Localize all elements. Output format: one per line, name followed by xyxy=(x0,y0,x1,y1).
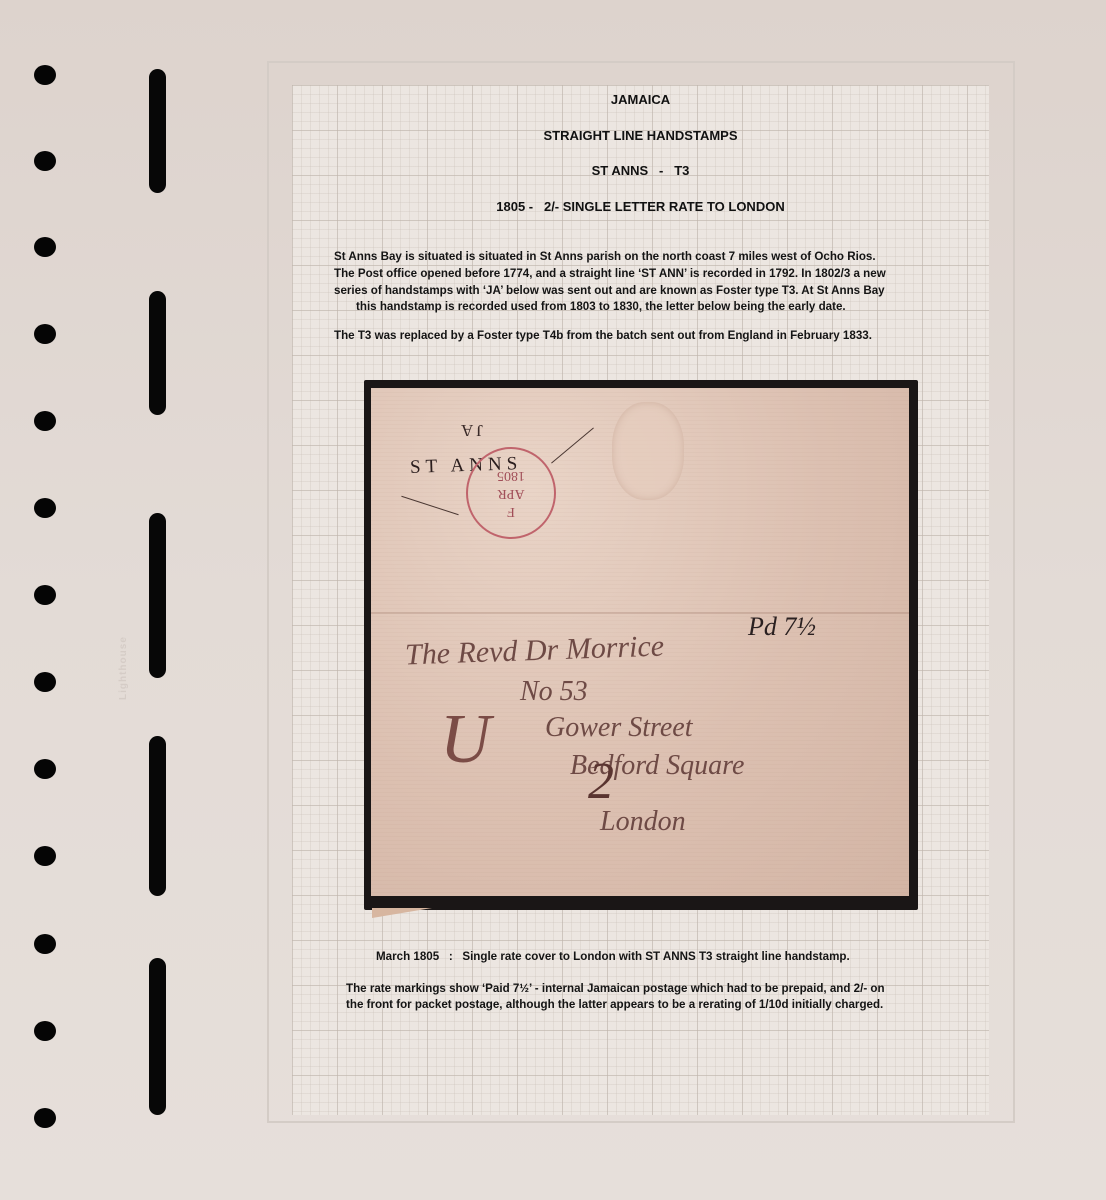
rate-heading: 1805 - 2/- SINGLE LETTER RATE TO LONDON xyxy=(292,199,989,214)
punch-hole xyxy=(34,151,56,171)
bishop-postmark: F APR 1805 xyxy=(466,447,556,539)
punch-hole xyxy=(34,672,56,692)
intro-line: The Post office opened before 1774, and … xyxy=(334,266,974,283)
postmark-month: APR xyxy=(497,484,524,502)
intro-paragraph: St Anns Bay is situated is situated in S… xyxy=(334,249,974,316)
binder-slot xyxy=(149,291,166,415)
address-line: Gower Street xyxy=(545,712,693,744)
punch-hole xyxy=(34,1021,56,1041)
country-heading: JAMAICA xyxy=(292,92,989,107)
postmark-letter: F xyxy=(507,502,515,520)
punch-hole xyxy=(34,324,56,344)
replacement-note: The T3 was replaced by a Foster type T4b… xyxy=(334,328,974,345)
address-line: No 53 xyxy=(520,676,588,708)
binder-slot xyxy=(149,958,166,1115)
punch-hole xyxy=(34,498,56,518)
rate-marking: 2 xyxy=(588,752,614,811)
brand-watermark: Lighthouse xyxy=(118,500,129,700)
punch-hole xyxy=(34,411,56,431)
cover-caption-title: March 1805 : Single rate cover to London… xyxy=(376,949,996,965)
manuscript-squiggle: U xyxy=(440,700,491,780)
punch-hole xyxy=(34,934,56,954)
intro-line: this handstamp is recorded used from 180… xyxy=(334,299,974,316)
punch-hole xyxy=(34,846,56,866)
binder-slot xyxy=(149,736,166,896)
punch-hole xyxy=(34,759,56,779)
intro-line: series of handstamps with ‘JA’ below was… xyxy=(334,283,974,300)
paid-marking: Pd 7½ xyxy=(748,612,816,642)
binder-slot xyxy=(149,513,166,678)
postmark-year: 1805 xyxy=(497,466,525,484)
subject-heading: ST ANNS - T3 xyxy=(292,163,989,178)
punch-hole xyxy=(34,1108,56,1128)
cover-fold-line xyxy=(371,612,909,614)
caption-line: the front for packet postage, although t… xyxy=(346,997,966,1013)
punch-hole xyxy=(34,585,56,605)
cover-caption-body: The rate markings show ‘Paid 7½’ - inter… xyxy=(346,981,966,1013)
punch-hole xyxy=(34,65,56,85)
intro-line: St Anns Bay is situated is situated in S… xyxy=(334,249,974,266)
caption-line: The rate markings show ‘Paid 7½’ - inter… xyxy=(346,981,966,997)
binder-slot xyxy=(149,69,166,193)
punch-hole xyxy=(34,237,56,257)
section-heading: STRAIGHT LINE HANDSTAMPS xyxy=(292,128,989,143)
ja-handstamp: JA xyxy=(458,420,483,440)
wax-seal-impression xyxy=(612,402,684,500)
